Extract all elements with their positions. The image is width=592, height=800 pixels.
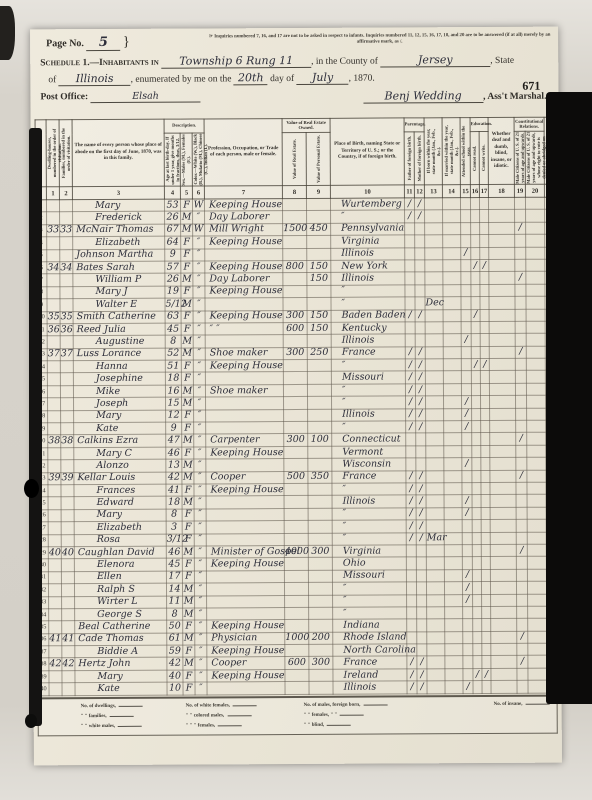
cell-col: ″ xyxy=(193,372,205,384)
cell-mar xyxy=(443,309,461,321)
cell-pe xyxy=(307,297,331,310)
cell-sch: / xyxy=(463,582,473,594)
cell-pob: Illinois xyxy=(332,495,406,508)
cell-wr xyxy=(479,197,488,209)
cell-m21 xyxy=(515,358,526,370)
cell-born xyxy=(425,309,443,321)
cell-wr xyxy=(480,284,489,296)
scan-artifact-left-band xyxy=(29,128,42,726)
cell-sex: F xyxy=(182,447,194,459)
cell-re: 300 xyxy=(283,347,307,360)
cell-pe xyxy=(307,248,331,261)
page-no-label: Page No. xyxy=(46,38,84,49)
cell-m21 xyxy=(516,408,527,420)
cell-fa: / xyxy=(405,371,415,383)
cell-sch xyxy=(461,297,471,309)
cell-sex: F xyxy=(182,410,194,422)
cell-fam: 38 xyxy=(61,435,74,447)
cell-pob: Illinois xyxy=(331,272,405,285)
cell-dw xyxy=(47,386,60,398)
cell-born xyxy=(425,334,443,346)
census-scan: Page No. 5 } ☞ Inquiries numbered 7, 16,… xyxy=(0,0,592,800)
cell-fa xyxy=(407,607,417,619)
cell-born xyxy=(424,198,442,210)
cell-mo xyxy=(416,433,426,445)
census-table-body: 1Mary53FWKeeping HouseWurtemberg//12Fred… xyxy=(35,197,558,695)
cell-rd: / xyxy=(473,668,482,680)
cell-name: Ellen xyxy=(74,571,166,584)
cell-pe xyxy=(308,558,332,571)
cell-occ xyxy=(206,422,284,435)
cell-fa xyxy=(407,632,417,644)
cell-fa xyxy=(405,247,415,259)
marshal-signature: Benj Wedding xyxy=(363,89,483,104)
cell-fam xyxy=(60,373,73,385)
cell-dw: 42 xyxy=(49,658,62,670)
cell-col: ″ xyxy=(195,608,207,620)
cell-sex: F xyxy=(181,360,193,372)
cell-deaf xyxy=(491,668,517,681)
cell-den xyxy=(526,197,545,209)
cell-den xyxy=(526,259,545,271)
cell-pe xyxy=(307,384,331,397)
cell-name: Edward xyxy=(74,497,166,510)
cell-re xyxy=(284,558,308,571)
cell-age: 9 xyxy=(165,249,181,261)
cell-m21 xyxy=(516,532,527,544)
cell-re xyxy=(284,496,308,509)
cell-rd xyxy=(471,321,480,333)
cell-m21 xyxy=(517,668,528,680)
col-married-month-header: If married within the year, state month … xyxy=(442,118,460,185)
cell-sch xyxy=(462,557,472,569)
cell-name: Hertz John xyxy=(75,658,167,671)
cell-mo xyxy=(415,223,425,235)
cell-deaf xyxy=(489,383,515,396)
cell-den xyxy=(526,371,545,383)
cell-pob: ″ xyxy=(332,421,406,434)
cell-fam xyxy=(59,200,72,212)
cell-den xyxy=(527,569,546,581)
cell-wr xyxy=(481,507,490,519)
cell-sex: F xyxy=(183,670,195,682)
cell-mo xyxy=(415,297,425,309)
cell-re: 800 xyxy=(283,260,307,273)
cell-col: ″ xyxy=(193,236,205,248)
cell-dw xyxy=(48,584,61,596)
cell-pe xyxy=(308,397,332,410)
cell-sex: M xyxy=(181,224,193,236)
cell-age: 64 xyxy=(165,236,181,248)
cell-wr: / xyxy=(482,668,491,680)
cell-mar xyxy=(444,421,462,433)
cell-mar xyxy=(444,470,462,482)
cell-dw xyxy=(49,646,62,658)
cell-pe xyxy=(307,285,331,298)
cell-re xyxy=(283,285,307,298)
column-number: 16 xyxy=(470,185,479,198)
column-number: 12 xyxy=(414,185,424,198)
cell-deaf xyxy=(490,520,516,533)
cell-wr xyxy=(480,383,489,395)
cell-col: ″ xyxy=(195,633,207,645)
county-label: , in the County of xyxy=(311,57,378,67)
cell-born xyxy=(426,458,444,470)
cell-rd xyxy=(473,606,482,618)
cell-occ xyxy=(205,248,283,261)
scan-artifact-bottom-left xyxy=(25,714,37,728)
cell-col: ″ xyxy=(194,459,206,471)
cell-pe: 150 xyxy=(307,322,331,335)
cell-mar xyxy=(444,569,462,581)
cell-fa: / xyxy=(406,483,416,495)
cell-pob: ″ xyxy=(332,520,406,533)
enumerated-label: , enumerated by me on the xyxy=(131,74,232,85)
cell-fam xyxy=(62,683,75,695)
cell-fa: / xyxy=(406,532,416,544)
cell-deaf xyxy=(490,544,516,557)
cell-pe xyxy=(308,582,332,595)
cell-pe xyxy=(307,235,331,248)
cell-born: Dec xyxy=(425,297,443,309)
cell-fam xyxy=(60,212,73,224)
cell-wr xyxy=(481,532,490,544)
cell-sch: / xyxy=(462,408,472,420)
cell-mo: / xyxy=(416,408,426,420)
col-name-header: The name of every person whose place of … xyxy=(72,119,164,186)
cell-born xyxy=(426,557,444,569)
cell-age: 53 xyxy=(164,199,180,211)
cell-wr xyxy=(481,544,490,556)
cell-rd: / xyxy=(471,259,480,271)
cell-den xyxy=(528,668,547,680)
cell-deaf xyxy=(489,321,515,334)
cell-sch xyxy=(461,284,471,296)
cell-wr xyxy=(480,297,489,309)
cell-wr xyxy=(482,606,491,618)
cell-deaf xyxy=(491,643,517,656)
cell-m21 xyxy=(517,606,528,618)
cell-rd xyxy=(472,445,481,457)
cell-col: ″ xyxy=(195,670,207,682)
cell-pe xyxy=(309,644,333,657)
cell-col: ″ xyxy=(194,434,206,446)
cell-occ: Cooper xyxy=(206,471,284,484)
cell-rd xyxy=(472,520,481,532)
cell-col: ″ xyxy=(194,397,206,409)
group-education: Education. xyxy=(470,117,488,131)
page-stamp: 671 xyxy=(522,79,540,94)
post-office-label: Post Office: xyxy=(40,92,88,102)
cell-fa xyxy=(407,594,417,606)
cell-col: W xyxy=(193,224,205,236)
cell-rd xyxy=(471,284,480,296)
cell-born xyxy=(426,396,444,408)
cell-sex: M xyxy=(182,434,194,446)
cell-occ: Keeping House xyxy=(206,558,284,571)
cell-pe xyxy=(308,459,332,472)
cell-mo xyxy=(415,285,425,297)
cell-sch xyxy=(460,198,470,210)
cell-name: Mary xyxy=(72,199,164,212)
cell-pe xyxy=(307,335,331,348)
cell-dw xyxy=(47,237,60,249)
cell-mar xyxy=(445,656,463,668)
cell-fa xyxy=(406,446,416,458)
cell-fam xyxy=(60,286,73,298)
cell-re xyxy=(284,570,308,583)
cell-wr xyxy=(480,235,489,247)
cell-age: 45 xyxy=(165,323,181,335)
cell-mo: / xyxy=(416,532,426,544)
cell-fam xyxy=(60,299,73,311)
cell-col: ″ xyxy=(194,534,206,546)
cell-deaf xyxy=(489,222,515,235)
totals-col-dwellings: No. of dwellings, " " families, " " whit… xyxy=(81,698,186,732)
cell-mar xyxy=(443,210,461,222)
cell-m21 xyxy=(516,482,527,494)
cell-dw xyxy=(48,497,61,509)
cell-mo: / xyxy=(416,396,426,408)
cell-m21 xyxy=(516,457,527,469)
cell-fa xyxy=(405,322,415,334)
cell-mar xyxy=(443,371,461,383)
cell-col: ″ xyxy=(193,286,205,298)
cell-col: ″ xyxy=(195,682,207,694)
cell-mar xyxy=(445,594,463,606)
cell-mar xyxy=(445,644,463,656)
cell-sex: F xyxy=(181,261,193,273)
cell-pob: ″ xyxy=(331,210,405,223)
cell-pe xyxy=(309,595,333,608)
cell-fam: 35 xyxy=(60,311,73,323)
cell-born xyxy=(425,284,443,296)
cell-pe: 300 xyxy=(309,657,333,670)
scan-artifact-right-band xyxy=(546,92,592,704)
group-description: Description. xyxy=(164,119,204,133)
cell-re xyxy=(284,446,308,459)
cell-col: ″ xyxy=(193,298,205,310)
cell-sch xyxy=(461,260,471,272)
cell-pob: ″ xyxy=(333,582,407,595)
cell-deaf xyxy=(489,210,515,223)
cell-mo: / xyxy=(414,198,424,210)
cell-fam xyxy=(60,249,73,261)
cell-mar xyxy=(444,458,462,470)
cell-name: Augustine xyxy=(73,335,165,348)
cell-re xyxy=(285,620,309,633)
cell-den xyxy=(527,395,546,407)
cell-m21 xyxy=(517,594,528,606)
cell-age: 41 xyxy=(166,484,182,496)
cell-occ: Keeping House xyxy=(205,285,283,298)
cell-re xyxy=(284,483,308,496)
cell-pe xyxy=(308,508,332,521)
cell-re: 600 xyxy=(283,322,307,335)
cell-fa xyxy=(407,582,417,594)
cell-name: Smith Catherine xyxy=(73,311,165,324)
cell-occ: Keeping House xyxy=(207,645,285,658)
cell-m21: / xyxy=(515,346,526,358)
cell-occ: Mill Wright xyxy=(205,223,283,236)
cell-deaf xyxy=(490,482,516,495)
cell-sch: / xyxy=(463,681,473,693)
cell-sch: / xyxy=(462,458,472,470)
cell-sex: M xyxy=(181,348,193,360)
cell-sch xyxy=(461,359,471,371)
totals-footer: No. of dwellings, " " families, " " whit… xyxy=(38,694,558,736)
cell-den xyxy=(528,680,547,692)
cell-name: Kate xyxy=(75,682,167,695)
cell-rd xyxy=(471,272,480,284)
cell-sex: M xyxy=(182,472,194,484)
cell-rd xyxy=(472,396,481,408)
cell-den xyxy=(526,284,545,296)
cell-deaf xyxy=(489,259,515,272)
cell-mo xyxy=(415,235,425,247)
cell-occ: Keeping House xyxy=(204,199,282,212)
cell-dw: 35 xyxy=(47,311,60,323)
cell-occ: Keeping House xyxy=(207,669,285,682)
cell-sch xyxy=(462,545,472,557)
cell-born xyxy=(425,384,443,396)
cell-m21 xyxy=(515,321,526,333)
cell-fa: / xyxy=(407,681,417,693)
cell-born xyxy=(426,569,444,581)
cell-sex: M xyxy=(182,496,194,508)
cell-name: George S xyxy=(75,608,167,621)
cell-dw: 38 xyxy=(48,435,61,447)
cell-fa: / xyxy=(405,359,415,371)
cell-rd xyxy=(472,495,481,507)
cell-mar xyxy=(442,198,460,210)
cell-mar xyxy=(445,619,463,631)
cell-dw xyxy=(49,671,62,683)
cell-fa xyxy=(405,285,415,297)
cell-age: 46 xyxy=(166,447,182,459)
cell-name: Reed Julia xyxy=(73,323,165,336)
cell-deaf xyxy=(489,358,515,371)
col-real-estate-header: Value of Real Estate. xyxy=(282,132,306,185)
cell-sch xyxy=(463,631,473,643)
cell-den xyxy=(528,631,547,643)
cell-sex: F xyxy=(183,645,195,657)
cell-pob: Illinois xyxy=(332,409,406,422)
cell-m21 xyxy=(517,581,528,593)
cell-born xyxy=(427,681,445,693)
cell-re xyxy=(284,397,308,410)
cell-col: ″ xyxy=(195,645,207,657)
cell-born xyxy=(426,545,444,557)
cell-wr xyxy=(481,445,490,457)
cell-mar xyxy=(443,334,461,346)
cell-fam xyxy=(61,497,74,509)
cell-pob: ″ xyxy=(332,483,406,496)
cell-dw xyxy=(48,423,61,435)
cell-sch xyxy=(463,656,473,668)
cell-pe xyxy=(307,372,331,385)
cell-dw xyxy=(49,596,62,608)
cell-mo xyxy=(415,247,425,259)
year-label: , 1870. xyxy=(349,74,375,84)
col-color-header: Color.—White (W.), Black (B.), Mulatto (… xyxy=(192,133,204,186)
cell-rd xyxy=(472,507,481,519)
col-sex-header: Sex.—Males (M.), Females (F.). xyxy=(180,133,192,186)
cell-sex: F xyxy=(183,682,195,694)
cell-fa: / xyxy=(406,495,416,507)
cell-name: Mary J xyxy=(73,286,165,299)
cell-wr xyxy=(480,334,489,346)
cell-occ xyxy=(207,607,285,620)
column-number: 7 xyxy=(204,186,282,199)
cell-sch: / xyxy=(461,247,471,259)
cell-mar xyxy=(445,681,463,693)
cell-pe xyxy=(308,570,332,583)
cell-m21 xyxy=(516,445,527,457)
cell-fam xyxy=(60,361,73,373)
cell-fam xyxy=(61,559,74,571)
cell-m21 xyxy=(516,557,527,569)
cell-born xyxy=(426,421,444,433)
cell-dw xyxy=(48,460,61,472)
cell-m21 xyxy=(515,197,526,209)
enumeration-line: of Illinois, enumerated by me on the 20t… xyxy=(48,70,554,87)
scan-artifact-bullet xyxy=(24,479,39,498)
cell-age: 42 xyxy=(167,658,183,670)
cell-mo: / xyxy=(415,210,425,222)
cell-deaf xyxy=(491,594,517,607)
cell-den xyxy=(527,420,546,432)
cell-born xyxy=(427,631,445,643)
cell-re xyxy=(284,409,308,422)
cell-occ xyxy=(207,595,285,608)
cell-m21 xyxy=(517,619,528,631)
cell-den xyxy=(528,643,547,655)
cell-fa xyxy=(405,334,415,346)
cell-born xyxy=(425,260,443,272)
cell-re: 1000 xyxy=(285,632,309,645)
cell-name: William P xyxy=(73,274,165,287)
cell-mar xyxy=(443,272,461,284)
cell-m21: / xyxy=(517,631,528,643)
cell-sex: F xyxy=(181,236,193,248)
cell-fa: / xyxy=(406,520,416,532)
cell-pob: Vermont xyxy=(332,446,406,459)
cell-den xyxy=(526,272,545,284)
cell-pob: ″ xyxy=(331,285,405,298)
cell-rd xyxy=(472,408,481,420)
cell-wr xyxy=(480,272,489,284)
cell-mar xyxy=(443,247,461,259)
cell-m21 xyxy=(515,247,526,259)
cell-sch xyxy=(461,222,471,234)
cell-deaf xyxy=(489,235,515,248)
cell-fam: 40 xyxy=(61,547,74,559)
cell-born xyxy=(425,371,443,383)
cell-name: Mary xyxy=(74,410,166,423)
cell-wr xyxy=(480,222,489,234)
cell-age: 40 xyxy=(167,670,183,682)
cell-age: 18 xyxy=(166,496,182,508)
cell-mar xyxy=(443,322,461,334)
cell-m21: / xyxy=(515,272,526,284)
cell-born xyxy=(427,594,445,606)
cell-fa: / xyxy=(407,669,417,681)
cell-born xyxy=(426,495,444,507)
cell-occ: Keeping House xyxy=(205,310,283,323)
cell-re xyxy=(285,669,309,682)
cell-pob: ″ xyxy=(331,384,405,397)
